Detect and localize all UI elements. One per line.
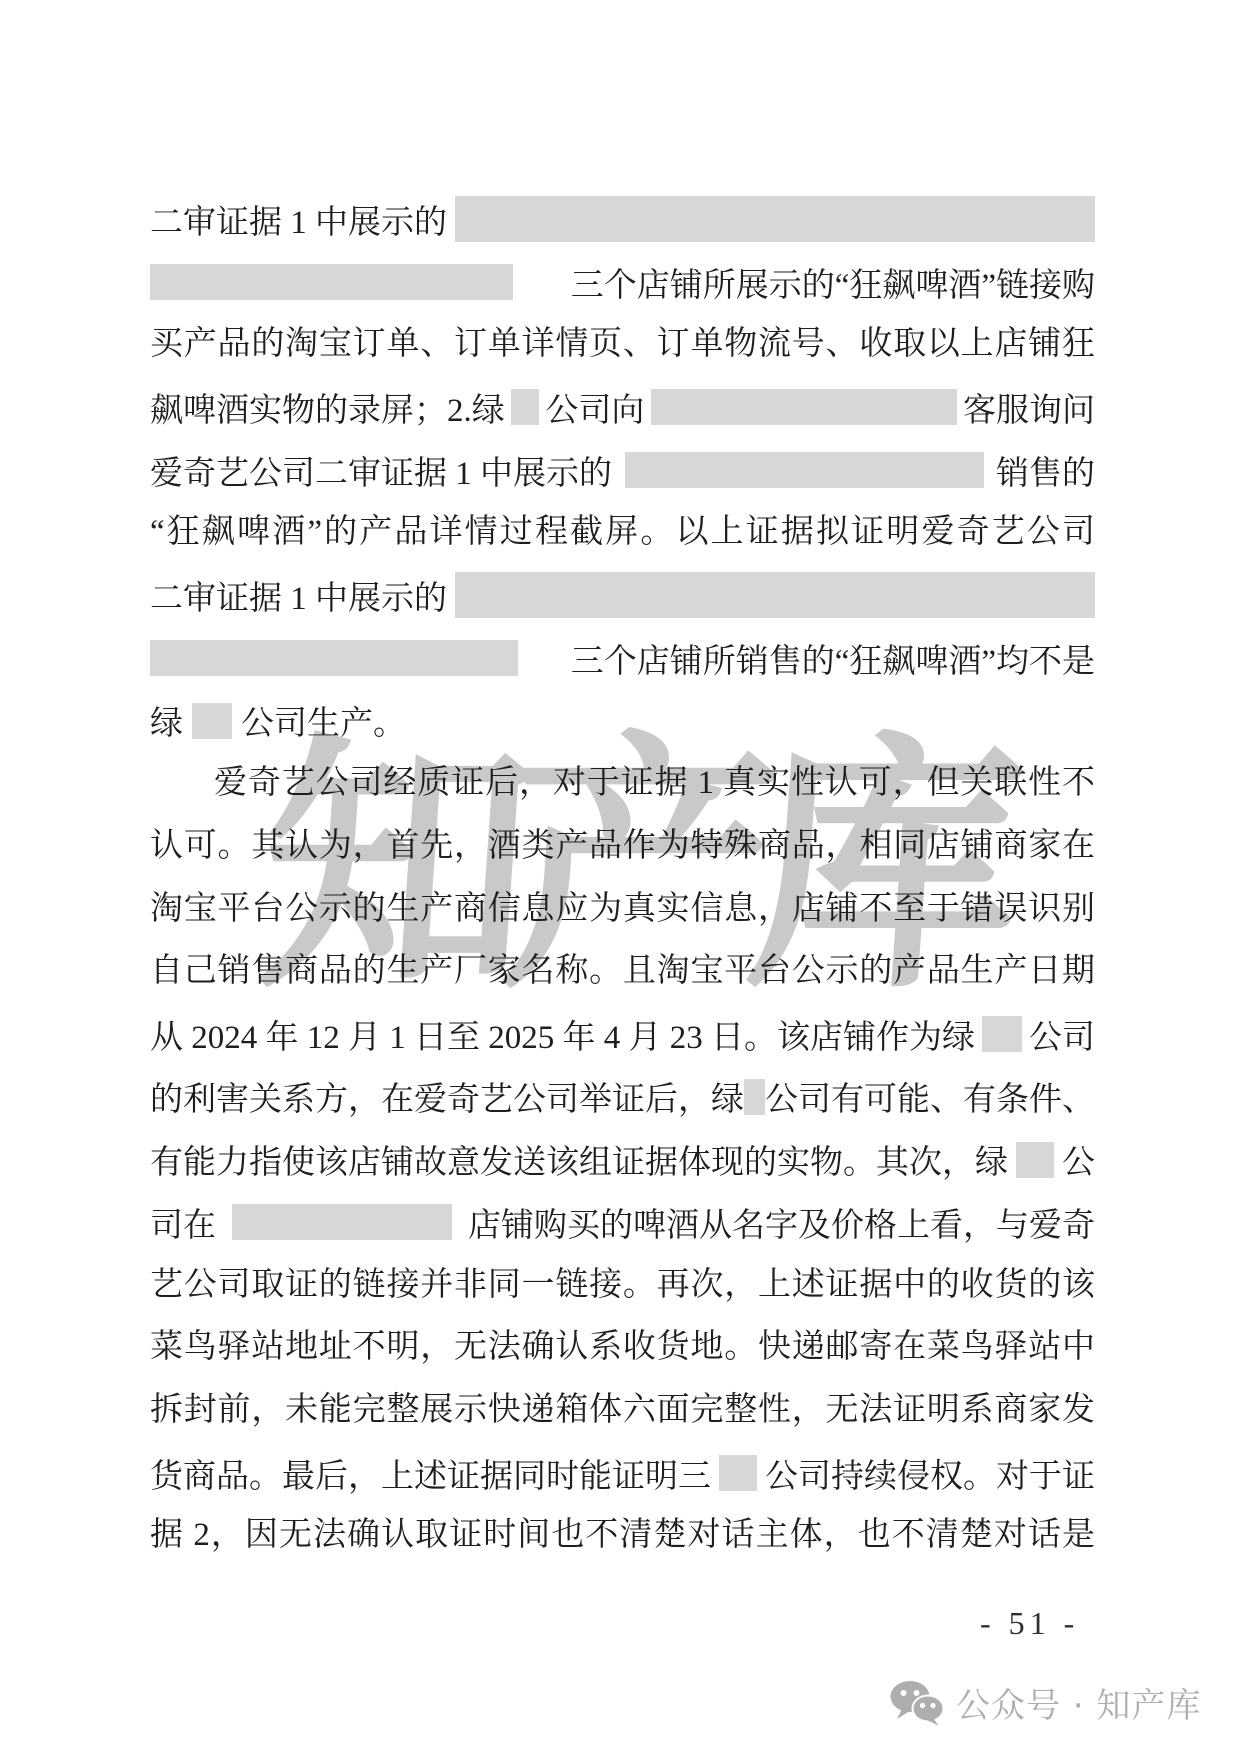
redaction-bar	[150, 264, 513, 300]
text-line: 据 2，因无法确认取证时间也不清楚对话主体，也不清楚对话是	[150, 1504, 1095, 1567]
line-text: 公司有可能、有条件、	[765, 1073, 1095, 1120]
footer-brand-label: 公众号 · 知产库	[956, 1678, 1201, 1727]
line-text: 货商品。最后，上述证据同时能证明三	[150, 1450, 711, 1497]
text-line: 自己销售商品的生产厂家名称。且淘宝平台公示的产品生产日期	[150, 940, 1095, 1003]
text-line: 绿公司生产。	[150, 690, 1095, 753]
line-text: 店铺购买的啤酒从名字及价格上看，与爱奇	[468, 1199, 1095, 1246]
redaction-bar	[1016, 1142, 1054, 1178]
text-line: 二审证据 1 中展示的	[150, 564, 1095, 627]
text-line: “狂飙啤酒”的产品详情过程截屏。以上证据拟证明爱奇艺公司	[150, 501, 1095, 564]
line-text: 爱奇艺公司经质证后，对于证据 1 真实性认可，但关联性不	[214, 765, 1095, 801]
redaction-bar	[232, 1204, 452, 1240]
text-line: 认可。其认为，首先，酒类产品作为特殊商品，相同店铺商家在	[150, 815, 1095, 878]
redaction-bar	[192, 703, 232, 739]
line-text: 从 2024 年 12 月 1 日至 2025 年 4 月 23 日。该店铺作为…	[150, 1011, 975, 1058]
line-text: 三个店铺所销售的“狂飙啤酒”均不是	[571, 635, 1095, 682]
text-line: 有能力指使该店铺故意发送该组证据体现的实物。其次，绿公	[150, 1128, 1095, 1191]
text-line: 买产品的淘宝订单、订单详情页、订单物流号、收取以上店铺狂	[150, 313, 1095, 376]
line-text: 的利害关系方，在爱奇艺公司举证后，绿	[150, 1073, 744, 1120]
line-text: 认可。其认为，首先，酒类产品作为特殊商品，相同店铺商家在	[150, 828, 1095, 864]
redaction-bar	[982, 1016, 1022, 1052]
text-line: 飙啤酒实物的录屏；2.绿公司向客服询问	[150, 376, 1095, 439]
redaction-bar	[625, 452, 984, 488]
line-text: 司在	[150, 1199, 216, 1246]
text-line: 的利害关系方，在爱奇艺公司举证后，绿公司有可能、有条件、	[150, 1066, 1095, 1129]
redaction-bar	[150, 640, 518, 676]
line-text: 拆封前，未能完整展示快递箱体六面完整性，无法证明系商家发	[150, 1392, 1095, 1428]
line-text: 菜鸟驿站地址不明，无法确认系收货地。快递邮寄在菜鸟驿站中	[150, 1329, 1095, 1365]
text-line: 淘宝平台公示的生产商信息应为真实信息，店铺不至于错误识别	[150, 878, 1095, 941]
redaction-bar	[744, 1079, 765, 1115]
line-text: 爱奇艺公司二审证据 1 中展示的	[150, 447, 612, 494]
text-line: 司在店铺购买的啤酒从名字及价格上看，与爱奇	[150, 1191, 1095, 1254]
line-text: 公司持续侵权。对于证	[765, 1450, 1095, 1497]
line-text: “狂飙啤酒”的产品详情过程截屏。以上证据拟证明爱奇艺公司	[150, 514, 1095, 550]
footer-brand: 公众号 · 知产库	[890, 1678, 1201, 1727]
line-text: 艺公司取证的链接并非同一链接。再次，上述证据中的收货的该	[150, 1267, 1095, 1303]
redaction-bar	[651, 389, 957, 425]
line-text: 公司	[1029, 1011, 1095, 1058]
text-line: 二审证据 1 中展示的	[150, 188, 1095, 251]
line-text: 二审证据 1 中展示的	[150, 572, 447, 619]
line-text: 绿	[150, 697, 183, 744]
wechat-icon	[890, 1680, 944, 1726]
line-text: 有能力指使该店铺故意发送该组证据体现的实物。其次，绿	[150, 1136, 1008, 1183]
redaction-bar	[719, 1455, 757, 1491]
text-line: 三个店铺所展示的“狂飙啤酒”链接购	[150, 251, 1095, 314]
line-text: 飙啤酒实物的录屏；2.绿	[150, 384, 505, 431]
line-text: 公司向	[545, 384, 644, 431]
redaction-bar	[455, 196, 1095, 242]
line-text: 公	[1062, 1136, 1095, 1183]
text-line: 从 2024 年 12 月 1 日至 2025 年 4 月 23 日。该店铺作为…	[150, 1003, 1095, 1066]
line-text: 淘宝平台公示的生产商信息应为真实信息，店铺不至于错误识别	[150, 891, 1095, 927]
document-body: 二审证据 1 中展示的三个店铺所展示的“狂飙啤酒”链接购买产品的淘宝订单、订单详…	[150, 188, 1095, 1567]
text-line: 三个店铺所销售的“狂飙啤酒”均不是	[150, 627, 1095, 690]
text-line: 货商品。最后，上述证据同时能证明三公司持续侵权。对于证	[150, 1442, 1095, 1505]
line-text: 三个店铺所展示的“狂飙啤酒”链接购	[571, 259, 1095, 306]
text-line: 艺公司取证的链接并非同一链接。再次，上述证据中的收货的该	[150, 1254, 1095, 1317]
redaction-bar	[511, 389, 539, 425]
line-text: 买产品的淘宝订单、订单详情页、订单物流号、收取以上店铺狂	[150, 326, 1095, 362]
redaction-bar	[455, 572, 1095, 618]
text-line: 菜鸟驿站地址不明，无法确认系收货地。快递邮寄在菜鸟驿站中	[150, 1316, 1095, 1379]
line-text: 据 2，因无法确认取证时间也不清楚对话主体，也不清楚对话是	[150, 1517, 1095, 1553]
line-text: 客服询问	[963, 384, 1095, 431]
line-text: 销售的	[996, 447, 1095, 494]
line-text: 公司生产。	[241, 697, 406, 744]
text-line: 拆封前，未能完整展示快递箱体六面完整性，无法证明系商家发	[150, 1379, 1095, 1442]
line-text: 二审证据 1 中展示的	[150, 196, 447, 243]
text-line: 爱奇艺公司二审证据 1 中展示的销售的	[150, 439, 1095, 502]
text-line: 爱奇艺公司经质证后，对于证据 1 真实性认可，但关联性不	[150, 752, 1095, 815]
line-text: 自己销售商品的生产厂家名称。且淘宝平台公示的产品生产日期	[150, 953, 1095, 989]
page-number: - 51 -	[980, 1605, 1079, 1642]
